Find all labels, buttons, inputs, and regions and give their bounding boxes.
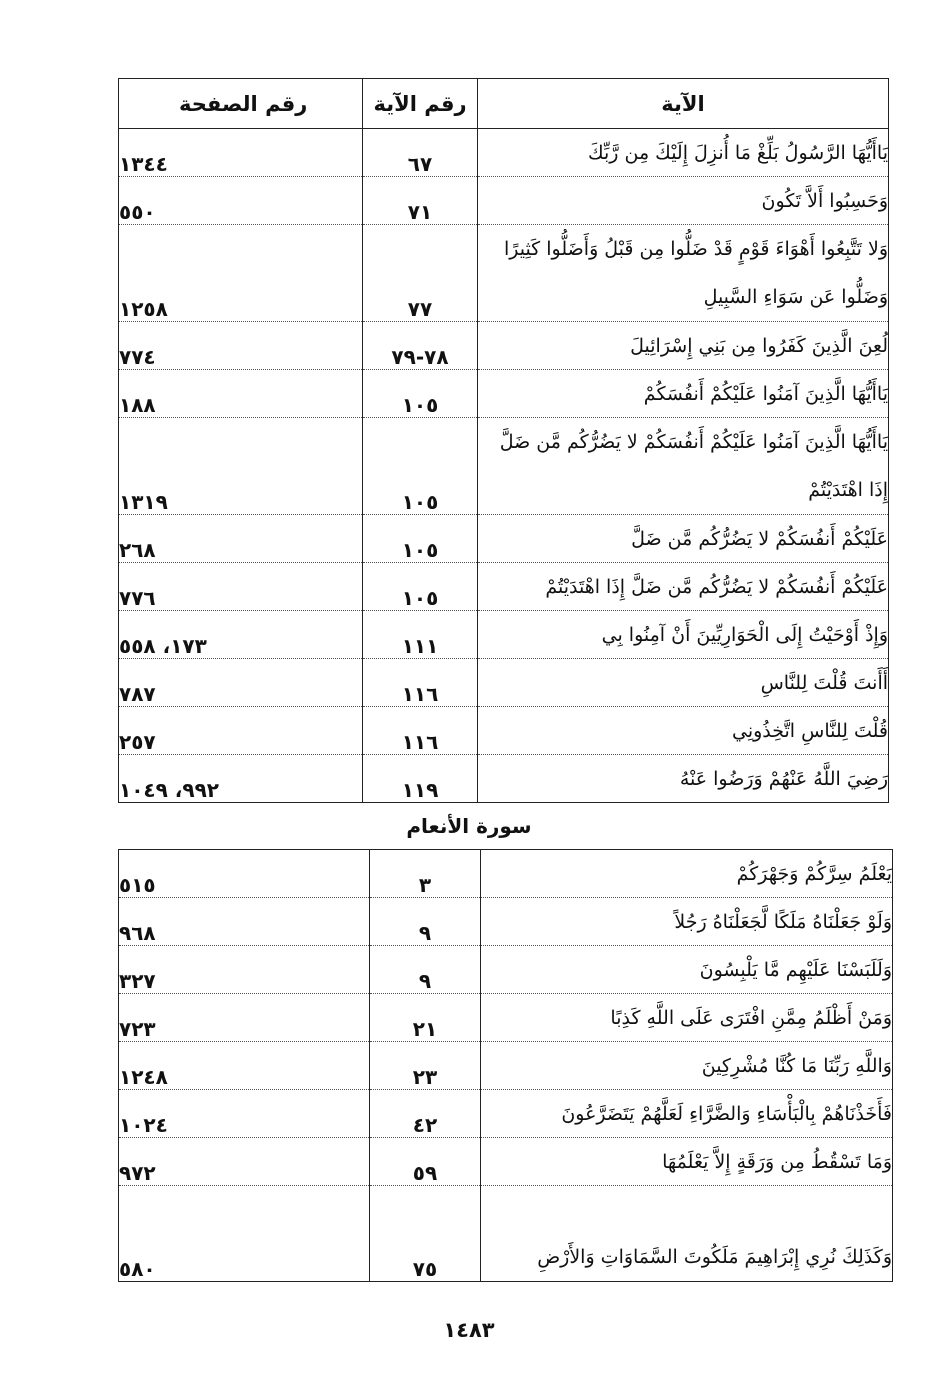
page-reference: ٧٨٧: [119, 659, 363, 707]
ayah-text: يَعْلَمُ سِرَّكُمْ وَجَهْرَكُمْ: [481, 850, 893, 898]
ayah-text: وَمَا تَسْقُطُ مِن وَرَقَةٍ إِلاَّ يَعْل…: [481, 1138, 893, 1186]
page-reference: ١٢٥٨: [119, 225, 363, 322]
page-reference: ٩٦٨: [119, 898, 370, 946]
ayah-text: وَكَذَلِكَ نُرِي إِبْرَاهِيمَ مَلَكُوتَ …: [481, 1186, 893, 1282]
table-row: يَاأَيُّهَا الَّذِينَ آمَنُوا عَلَيْكُمْ…: [119, 370, 889, 418]
ayah-number: ٦٧: [363, 129, 478, 177]
ayah-number: ٧٧: [363, 225, 478, 322]
ayah-text: وَلا تَتَّبِعُوا أَهْوَاءَ قَوْمٍ قَدْ ض…: [478, 225, 889, 322]
ayah-text: عَلَيْكُمْ أَنفُسَكُمْ لا يَضُرُّكُم مَّ…: [478, 563, 889, 611]
table-row: وَحَسِبُوا أَلاَّ تَكُونَ ٧١ ٥٥٠: [119, 177, 889, 225]
page-reference: ١٧٣، ٥٥٨: [119, 611, 363, 659]
ayah-number: ٧٨-٧٩: [363, 322, 478, 370]
ayah-text: عَلَيْكُمْ أَنفُسَكُمْ لا يَضُرُّكُم مَّ…: [478, 515, 889, 563]
table-row: وَمَنْ أَظْلَمُ مِمَّنِ افْتَرَى عَلَى ا…: [119, 994, 893, 1042]
ayah-index-table-maidah: الآية رقم الآية رقم الصفحة يَاأَيُّهَا ا…: [118, 78, 889, 803]
ayah-number: ٩: [370, 898, 481, 946]
header-ayah: الآية: [478, 79, 889, 129]
table-row: يَاأَيُّهَا الرَّسُولُ بَلِّغْ مَا أُنزِ…: [119, 129, 889, 177]
ayah-number: ٩: [370, 946, 481, 994]
page-reference: ٧٧٤: [119, 322, 363, 370]
header-page-number: رقم الصفحة: [119, 79, 363, 129]
page-reference: ٢٦٨: [119, 515, 363, 563]
ayah-number: ١١٦: [363, 707, 478, 755]
page-reference: ٩٧٢: [119, 1138, 370, 1186]
ayah-number: ١٠٥: [363, 418, 478, 515]
table-row: وَلا تَتَّبِعُوا أَهْوَاءَ قَوْمٍ قَدْ ض…: [119, 225, 889, 322]
section-title-surah: سورة الأنعام: [0, 814, 938, 838]
ayah-number: ٧٥: [370, 1186, 481, 1282]
table-row: وَلَوْ جَعَلْنَاهُ مَلَكًا لَّجَعَلْنَاه…: [119, 898, 893, 946]
ayah-text: لُعِنَ الَّذِينَ كَفَرُوا مِن بَنِي إِسْ…: [478, 322, 889, 370]
page-reference: ١٣٤٤: [119, 129, 363, 177]
ayah-text: وَحَسِبُوا أَلاَّ تَكُونَ: [478, 177, 889, 225]
ayah-number: ٧١: [363, 177, 478, 225]
table-row: وَكَذَلِكَ نُرِي إِبْرَاهِيمَ مَلَكُوتَ …: [119, 1186, 893, 1282]
ayah-index-table-anam: يَعْلَمُ سِرَّكُمْ وَجَهْرَكُمْ ٣ ٥١٥ وَ…: [118, 849, 893, 1282]
ayah-number: ٥٩: [370, 1138, 481, 1186]
table-row: أَأَنتَ قُلْتَ لِلنَّاسِ ١١٦ ٧٨٧: [119, 659, 889, 707]
ayah-number: ١٠٥: [363, 563, 478, 611]
ayah-text: وَلَلَبَسْنَا عَلَيْهِم مَّا يَلْبِسُونَ: [481, 946, 893, 994]
table-header-row: الآية رقم الآية رقم الصفحة: [119, 79, 889, 129]
table-row: فَأَخَذْنَاهُمْ بِالْبَأْسَاءِ وَالضَّرَ…: [119, 1090, 893, 1138]
ayah-text: يَاأَيُّهَا الرَّسُولُ بَلِّغْ مَا أُنزِ…: [478, 129, 889, 177]
table-row: وَاللَّهِ رَبِّنَا مَا كُنَّا مُشْرِكِين…: [119, 1042, 893, 1090]
ayah-text: وَمَنْ أَظْلَمُ مِمَّنِ افْتَرَى عَلَى ا…: [481, 994, 893, 1042]
table-row: وَمَا تَسْقُطُ مِن وَرَقَةٍ إِلاَّ يَعْل…: [119, 1138, 893, 1186]
table-row: عَلَيْكُمْ أَنفُسَكُمْ لا يَضُرُّكُم مَّ…: [119, 563, 889, 611]
ayah-number: ٣: [370, 850, 481, 898]
page-reference: ٥٨٠: [119, 1186, 370, 1282]
ayah-text: يَاأَيُّهَا الَّذِينَ آمَنُوا عَلَيْكُمْ…: [478, 370, 889, 418]
page-reference: ٣٢٧: [119, 946, 370, 994]
page-reference: ٢٥٧: [119, 707, 363, 755]
ayah-text: وَلَوْ جَعَلْنَاهُ مَلَكًا لَّجَعَلْنَاه…: [481, 898, 893, 946]
ayah-text: وَإِذْ أَوْحَيْتُ إِلَى الْحَوَارِيِّينَ…: [478, 611, 889, 659]
ayah-text: فَأَخَذْنَاهُمْ بِالْبَأْسَاءِ وَالضَّرَ…: [481, 1090, 893, 1138]
table-row: وَإِذْ أَوْحَيْتُ إِلَى الْحَوَارِيِّينَ…: [119, 611, 889, 659]
page-reference: ١٢٤٨: [119, 1042, 370, 1090]
ayah-text: أَأَنتَ قُلْتَ لِلنَّاسِ: [478, 659, 889, 707]
table-row: عَلَيْكُمْ أَنفُسَكُمْ لا يَضُرُّكُم مَّ…: [119, 515, 889, 563]
ayah-number: ٤٢: [370, 1090, 481, 1138]
page-reference: ١٠٢٤: [119, 1090, 370, 1138]
header-ayah-number: رقم الآية: [363, 79, 478, 129]
ayah-number: ١٠٥: [363, 370, 478, 418]
ayah-number: ٢٣: [370, 1042, 481, 1090]
index-page: الآية رقم الآية رقم الصفحة يَاأَيُّهَا ا…: [0, 0, 938, 1373]
page-reference: ٧٢٣: [119, 994, 370, 1042]
ayah-text: وَاللَّهِ رَبِّنَا مَا كُنَّا مُشْرِكِين…: [481, 1042, 893, 1090]
ayah-text: قُلْتَ لِلنَّاسِ اتَّخِذُونِي: [478, 707, 889, 755]
ayah-number: ٢١: [370, 994, 481, 1042]
ayah-number: ١١١: [363, 611, 478, 659]
ayah-number: ١٠٥: [363, 515, 478, 563]
table-row: يَعْلَمُ سِرَّكُمْ وَجَهْرَكُمْ ٣ ٥١٥: [119, 850, 893, 898]
table-row: وَلَلَبَسْنَا عَلَيْهِم مَّا يَلْبِسُونَ…: [119, 946, 893, 994]
table-row: لُعِنَ الَّذِينَ كَفَرُوا مِن بَنِي إِسْ…: [119, 322, 889, 370]
ayah-number: ١١٩: [363, 755, 478, 803]
page-reference: ٥٥٠: [119, 177, 363, 225]
page-reference: ٧٧٦: [119, 563, 363, 611]
ayah-text: يَاأَيُّهَا الَّذِينَ آمَنُوا عَلَيْكُمْ…: [478, 418, 889, 515]
page-reference: ١٨٨: [119, 370, 363, 418]
page-reference: ٥١٥: [119, 850, 370, 898]
table-row: رَضِيَ اللَّهُ عَنْهُمْ وَرَضُوا عَنْهُ …: [119, 755, 889, 803]
table-row: يَاأَيُّهَا الَّذِينَ آمَنُوا عَلَيْكُمْ…: [119, 418, 889, 515]
ayah-number: ١١٦: [363, 659, 478, 707]
page-reference: ٩٩٢، ١٠٤٩: [119, 755, 363, 803]
table-row: قُلْتَ لِلنَّاسِ اتَّخِذُونِي ١١٦ ٢٥٧: [119, 707, 889, 755]
page-reference: ١٣١٩: [119, 418, 363, 515]
ayah-text: رَضِيَ اللَّهُ عَنْهُمْ وَرَضُوا عَنْهُ: [478, 755, 889, 803]
page-number: ١٤٨٣: [0, 1318, 938, 1342]
